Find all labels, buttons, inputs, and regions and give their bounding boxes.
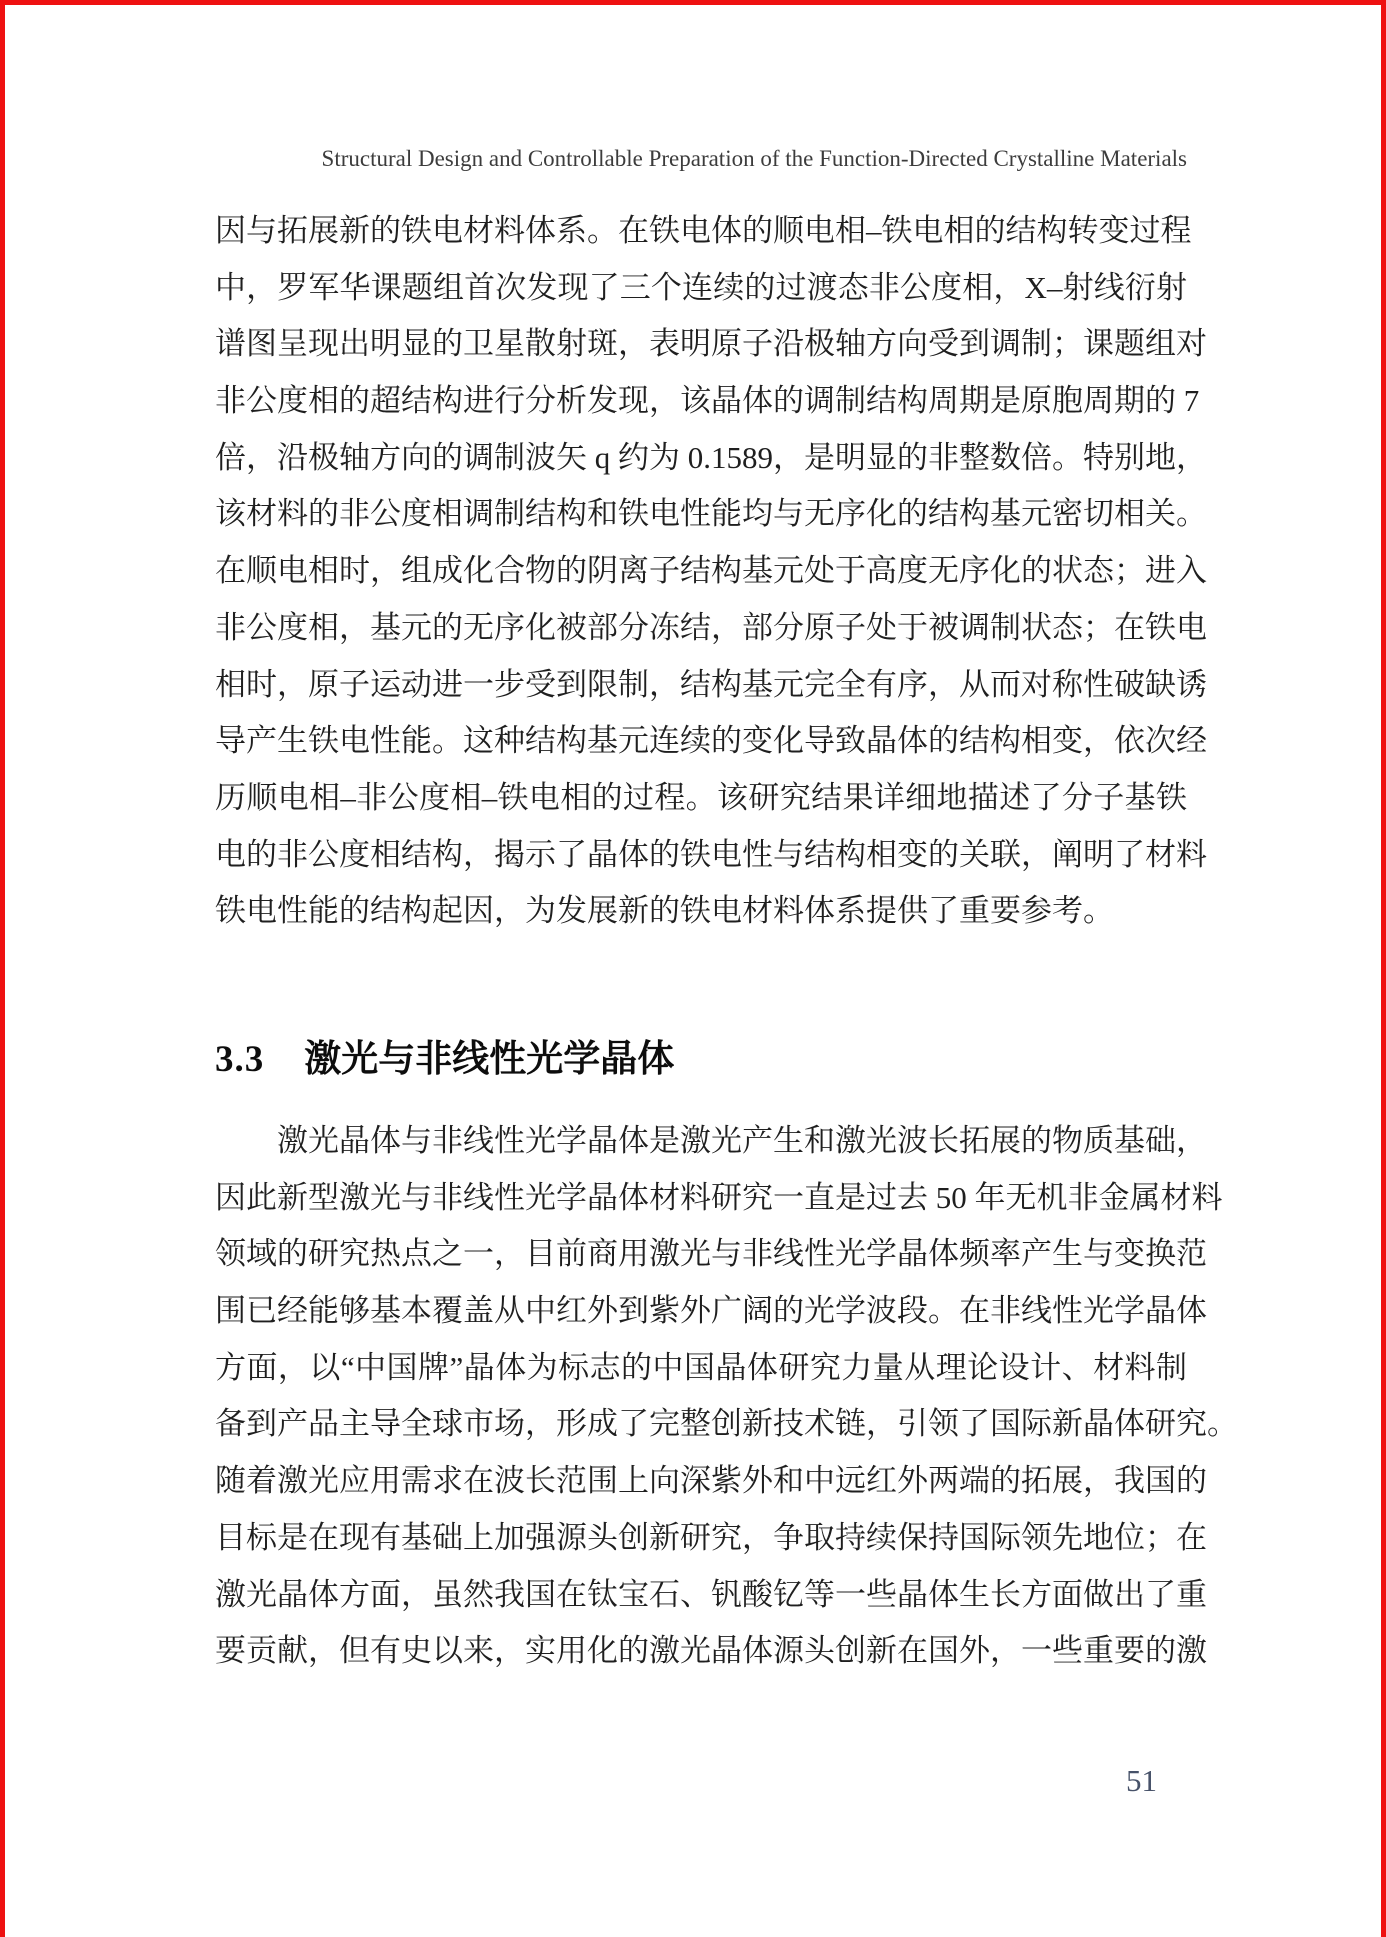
section-heading: 3.3激光与非线性光学晶体 (215, 1028, 674, 1082)
text-line: 非公度相，基元的无序化被部分冻结，部分原子处于被调制状态；在铁电 (215, 600, 1187, 657)
text-line: 非公度相的超结构进行分析发现，该晶体的调制结构周期是原胞周期的 7 (215, 373, 1187, 430)
page-border-top (0, 0, 1386, 5)
text-line: 围已经能够基本覆盖从中红外到紫外广阔的光学波段。在非线性光学晶体 (215, 1283, 1187, 1340)
text-line: 因与拓展新的铁电材料体系。在铁电体的顺电相–铁电相的结构转变过程 (215, 203, 1187, 260)
text-line: 电的非公度相结构，揭示了晶体的铁电性与结构相变的关联，阐明了材料 (215, 827, 1187, 884)
paragraph-ferroelectric: 因与拓展新的铁电材料体系。在铁电体的顺电相–铁电相的结构转变过程中，罗军华课题组… (215, 203, 1187, 940)
section-title: 激光与非线性光学晶体 (304, 1039, 674, 1080)
text-line: 激光晶体与非线性光学晶体是激光产生和激光波长拓展的物质基础， (215, 1113, 1187, 1170)
text-line: 导产生铁电性能。这种结构基元连续的变化导致晶体的结构相变，依次经 (215, 713, 1187, 770)
text-line: 备到产品主导全球市场，形成了完整创新技术链，引领了国际新晶体研究。 (215, 1396, 1187, 1453)
page-border-left (0, 0, 5, 1937)
running-header-title: Structural Design and Controllable Prepa… (215, 146, 1187, 172)
text-line: 要贡献，但有史以来，实用化的激光晶体源头创新在国外，一些重要的激 (215, 1623, 1187, 1680)
text-line: 领域的研究热点之一，目前商用激光与非线性光学晶体频率产生与变换范 (215, 1226, 1187, 1283)
page-number: 51 (1126, 1763, 1157, 1799)
text-line: 随着激光应用需求在波长范围上向深紫外和中远红外两端的拓展，我国的 (215, 1453, 1187, 1510)
text-line: 目标是在现有基础上加强源头创新研究，争取持续保持国际领先地位；在 (215, 1510, 1187, 1567)
text-line: 在顺电相时，组成化合物的阴离子结构基元处于高度无序化的状态；进入 (215, 543, 1187, 600)
text-line: 历顺电相–非公度相–铁电相的过程。该研究结果详细地描述了分子基铁 (215, 770, 1187, 827)
text-line: 因此新型激光与非线性光学晶体材料研究一直是过去 50 年无机非金属材料 (215, 1170, 1187, 1227)
text-line: 铁电性能的结构起因，为发展新的铁电材料体系提供了重要参考。 (215, 883, 1187, 940)
text-line: 方面，以“中国牌”晶体为标志的中国晶体研究力量从理论设计、材料制 (215, 1340, 1187, 1397)
text-line: 相时，原子运动进一步受到限制，结构基元完全有序，从而对称性破缺诱 (215, 657, 1187, 714)
text-line: 该材料的非公度相调制结构和铁电性能均与无序化的结构基元密切相关。 (215, 486, 1187, 543)
text-line: 谱图呈现出明显的卫星散射斑，表明原子沿极轴方向受到调制；课题组对 (215, 316, 1187, 373)
page-border-right (1381, 0, 1386, 1937)
text-line: 激光晶体方面，虽然我国在钛宝石、钒酸钇等一些晶体生长方面做出了重 (215, 1567, 1187, 1624)
document-page: Structural Design and Controllable Prepa… (0, 0, 1386, 1937)
paragraph-laser-crystals: 激光晶体与非线性光学晶体是激光产生和激光波长拓展的物质基础，因此新型激光与非线性… (215, 1113, 1187, 1680)
text-line: 中，罗军华课题组首次发现了三个连续的过渡态非公度相，X–射线衍射 (215, 260, 1187, 317)
section-number: 3.3 (215, 1038, 264, 1081)
text-line: 倍，沿极轴方向的调制波矢 q 约为 0.1589，是明显的非整数倍。特别地， (215, 430, 1187, 487)
